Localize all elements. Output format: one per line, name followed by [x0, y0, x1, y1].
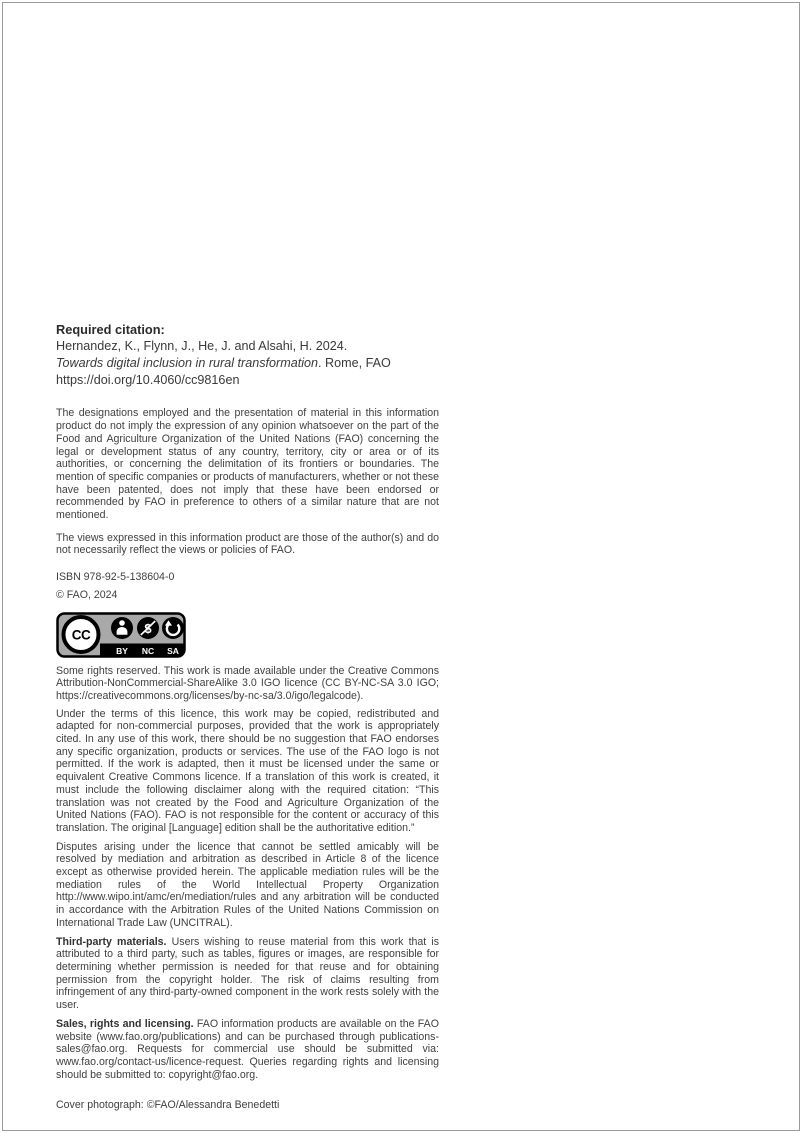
isbn-line: ISBN 978-92-5-138604-0 — [56, 571, 439, 584]
citation-title-italic: Towards digital inclusion in rural trans… — [56, 356, 318, 370]
copyright-line: © FAO, 2024 — [56, 589, 439, 602]
sales-rights-licensing-paragraph: Sales, rights and licensing. FAO informa… — [56, 1018, 439, 1082]
designations-notice: The designations employed and the presen… — [56, 407, 439, 521]
third-party-lead: Third-party materials. — [56, 936, 167, 948]
page-content: Required citation: Hernandez, K., Flynn,… — [56, 321, 439, 1112]
citation-authors: Hernandez, K., Flynn, J., He, J. and Als… — [56, 338, 439, 355]
svg-text:CC: CC — [72, 627, 91, 642]
some-rights-paragraph: Some rights reserved. This work is made … — [56, 665, 439, 703]
cover-photograph-credit: Cover photograph: ©FAO/Alessandra Benede… — [56, 1099, 439, 1112]
non-commercial-dollar-icon: $ — [137, 617, 159, 639]
disputes-paragraph: Disputes arising under the licence that … — [56, 841, 439, 930]
views-notice: The views expressed in this information … — [56, 532, 439, 557]
citation-title: Towards digital inclusion in rural trans… — [56, 355, 439, 372]
cc-logo-icon: CC — [64, 617, 99, 652]
attribution-person-icon — [111, 617, 133, 639]
sa-label: SA — [167, 645, 179, 655]
required-citation-heading: Required citation: — [56, 321, 439, 338]
cc-license-badge: CC $ — [56, 612, 186, 658]
by-label: BY — [116, 645, 128, 655]
third-party-materials-paragraph: Third-party materials. Users wishing to … — [56, 936, 439, 1012]
licence-terms-paragraph: Under the terms of this licence, this wo… — [56, 708, 439, 835]
cc-by-nc-sa-badge-image: CC $ — [56, 612, 186, 658]
citation-title-suffix: . Rome, FAO — [318, 356, 391, 370]
sales-lead: Sales, rights and licensing. — [56, 1018, 194, 1030]
nc-label: NC — [142, 645, 154, 655]
citation-doi-link: https://doi.org/10.4060/cc9816en — [56, 372, 439, 389]
document-page: Required citation: Hernandez, K., Flynn,… — [2, 2, 800, 1131]
share-alike-arrow-icon — [162, 617, 184, 639]
